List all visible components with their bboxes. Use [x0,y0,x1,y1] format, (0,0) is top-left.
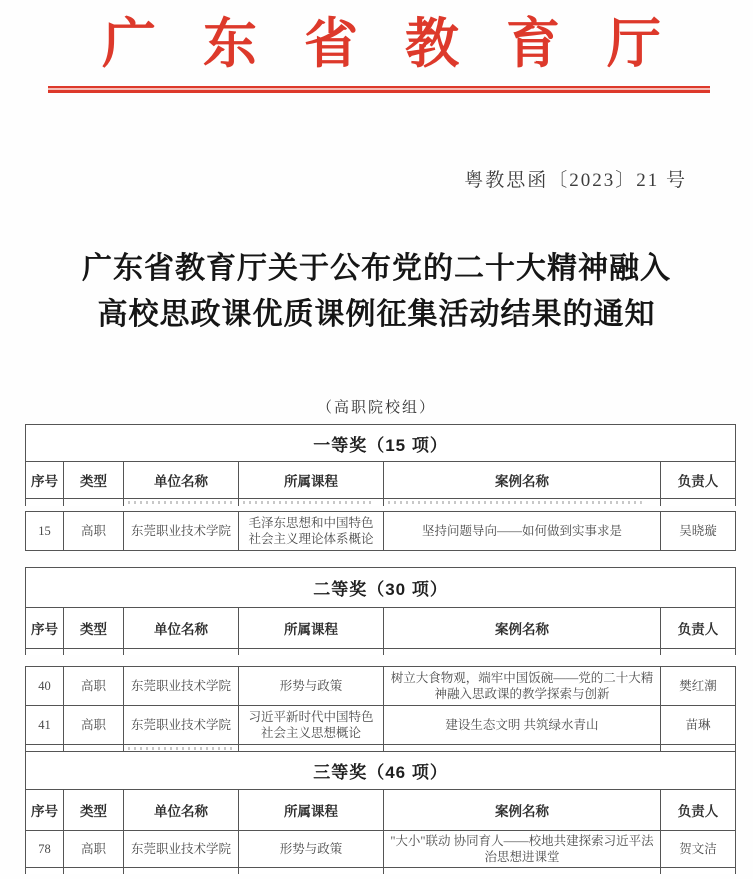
notice-title: 广东省教育厅关于公布党的二十大精神融入 高校思政课优质课例征集活动结果的通知 [0,246,753,338]
cell-no: 78 [26,831,64,868]
cropped-row-sliver [26,868,736,874]
section-title-third-prize: 三等奖（46 项） [26,752,736,790]
section-title-row: 一等奖（15 项） [26,425,736,462]
col-header-case: 案例名称 [384,608,661,649]
letterhead-divider [48,86,710,93]
table-rows-40-41: 40 高职 东莞职业技术学院 形势与政策 树立大食物观，端牢中国饭碗——党的二十… [25,666,736,752]
cell-case: 树立大食物观，端牢中国饭碗——党的二十大精神融入思政课的教学探索与创新 [384,667,661,706]
cell-person: 樊红潮 [661,667,736,706]
col-header-no: 序号 [26,462,64,499]
col-header-no: 序号 [26,608,64,649]
col-header-course: 所属课程 [239,608,384,649]
column-header-row: 序号 类型 单位名称 所属课程 案例名称 负责人 [26,790,736,831]
col-header-case: 案例名称 [384,462,661,499]
cell-course: 形势与政策 [239,831,384,868]
doc-number: 粤教思函〔2023〕21 号 [464,167,687,195]
cell-no: 41 [26,706,64,745]
group-label: （高职院校组） [0,396,753,417]
col-header-case: 案例名称 [384,790,661,831]
col-header-type: 类型 [64,608,124,649]
cell-person: 吴晓璇 [661,512,736,551]
col-header-unit: 单位名称 [124,608,239,649]
notice-title-line1: 广东省教育厅关于公布党的二十大精神融入 [0,246,753,292]
section-title-second-prize: 二等奖（30 项） [26,568,736,608]
table-row: 41 高职 东莞职业技术学院 习近平新时代中国特色社会主义思想概论 建设生态文明… [26,706,736,745]
cell-case: 建设生态文明 共筑绿水青山 [384,706,661,745]
cropped-row-sliver [26,499,736,506]
section-title-first-prize: 一等奖（15 项） [26,425,736,462]
cell-type: 高职 [64,512,124,551]
cell-unit: 东莞职业技术学院 [124,512,239,551]
col-header-course: 所属课程 [239,790,384,831]
table-row: 40 高职 东莞职业技术学院 形势与政策 树立大食物观，端牢中国饭碗——党的二十… [26,667,736,706]
table-third-prize-header: 三等奖（46 项） 序号 类型 单位名称 所属课程 案例名称 负责人 [25,751,736,831]
agency-letterhead: 广东省教育厅 [102,12,702,76]
cell-unit: 东莞职业技术学院 [124,706,239,745]
table-row-15: 15 高职 东莞职业技术学院 毛泽东思想和中国特色社会主义理论体系概论 坚持问题… [25,511,736,551]
col-header-person: 负责人 [661,608,736,649]
cell-no: 15 [26,512,64,551]
cell-unit: 东莞职业技术学院 [124,667,239,706]
section-title-row: 三等奖（46 项） [26,752,736,790]
table-second-prize-header: 二等奖（30 项） 序号 类型 单位名称 所属课程 案例名称 负责人 [25,567,736,655]
col-header-type: 类型 [64,462,124,499]
col-header-type: 类型 [64,790,124,831]
cropped-row-sliver [26,649,736,655]
col-header-no: 序号 [26,790,64,831]
section-title-row: 二等奖（30 项） [26,568,736,608]
table-row: 78 高职 东莞职业技术学院 形势与政策 "大小"联动 协同育人——校地共建探索… [26,831,736,868]
notice-title-line2: 高校思政课优质课例征集活动结果的通知 [0,292,753,338]
table-row-78: 78 高职 东莞职业技术学院 形势与政策 "大小"联动 协同育人——校地共建探索… [25,830,736,874]
col-header-person: 负责人 [661,462,736,499]
cell-no: 40 [26,667,64,706]
col-header-person: 负责人 [661,790,736,831]
cell-person: 贺文洁 [661,831,736,868]
cell-type: 高职 [64,706,124,745]
table-row: 15 高职 东莞职业技术学院 毛泽东思想和中国特色社会主义理论体系概论 坚持问题… [26,512,736,551]
cell-person: 苗琳 [661,706,736,745]
column-header-row: 序号 类型 单位名称 所属课程 案例名称 负责人 [26,462,736,499]
document-page: 广东省教育厅 粤教思函〔2023〕21 号 广东省教育厅关于公布党的二十大精神融… [0,0,753,879]
cell-course: 毛泽东思想和中国特色社会主义理论体系概论 [239,512,384,551]
cell-course: 形势与政策 [239,667,384,706]
table-first-prize-header: 一等奖（15 项） 序号 类型 单位名称 所属课程 案例名称 负责人 [25,424,736,506]
col-header-course: 所属课程 [239,462,384,499]
cell-case: 坚持问题导向——如何做到实事求是 [384,512,661,551]
col-header-unit: 单位名称 [124,790,239,831]
cell-type: 高职 [64,667,124,706]
cell-unit: 东莞职业技术学院 [124,831,239,868]
cell-type: 高职 [64,831,124,868]
cell-course: 习近平新时代中国特色社会主义思想概论 [239,706,384,745]
col-header-unit: 单位名称 [124,462,239,499]
cell-case: "大小"联动 协同育人——校地共建探索习近平法治思想进课堂 [384,831,661,868]
column-header-row: 序号 类型 单位名称 所属课程 案例名称 负责人 [26,608,736,649]
